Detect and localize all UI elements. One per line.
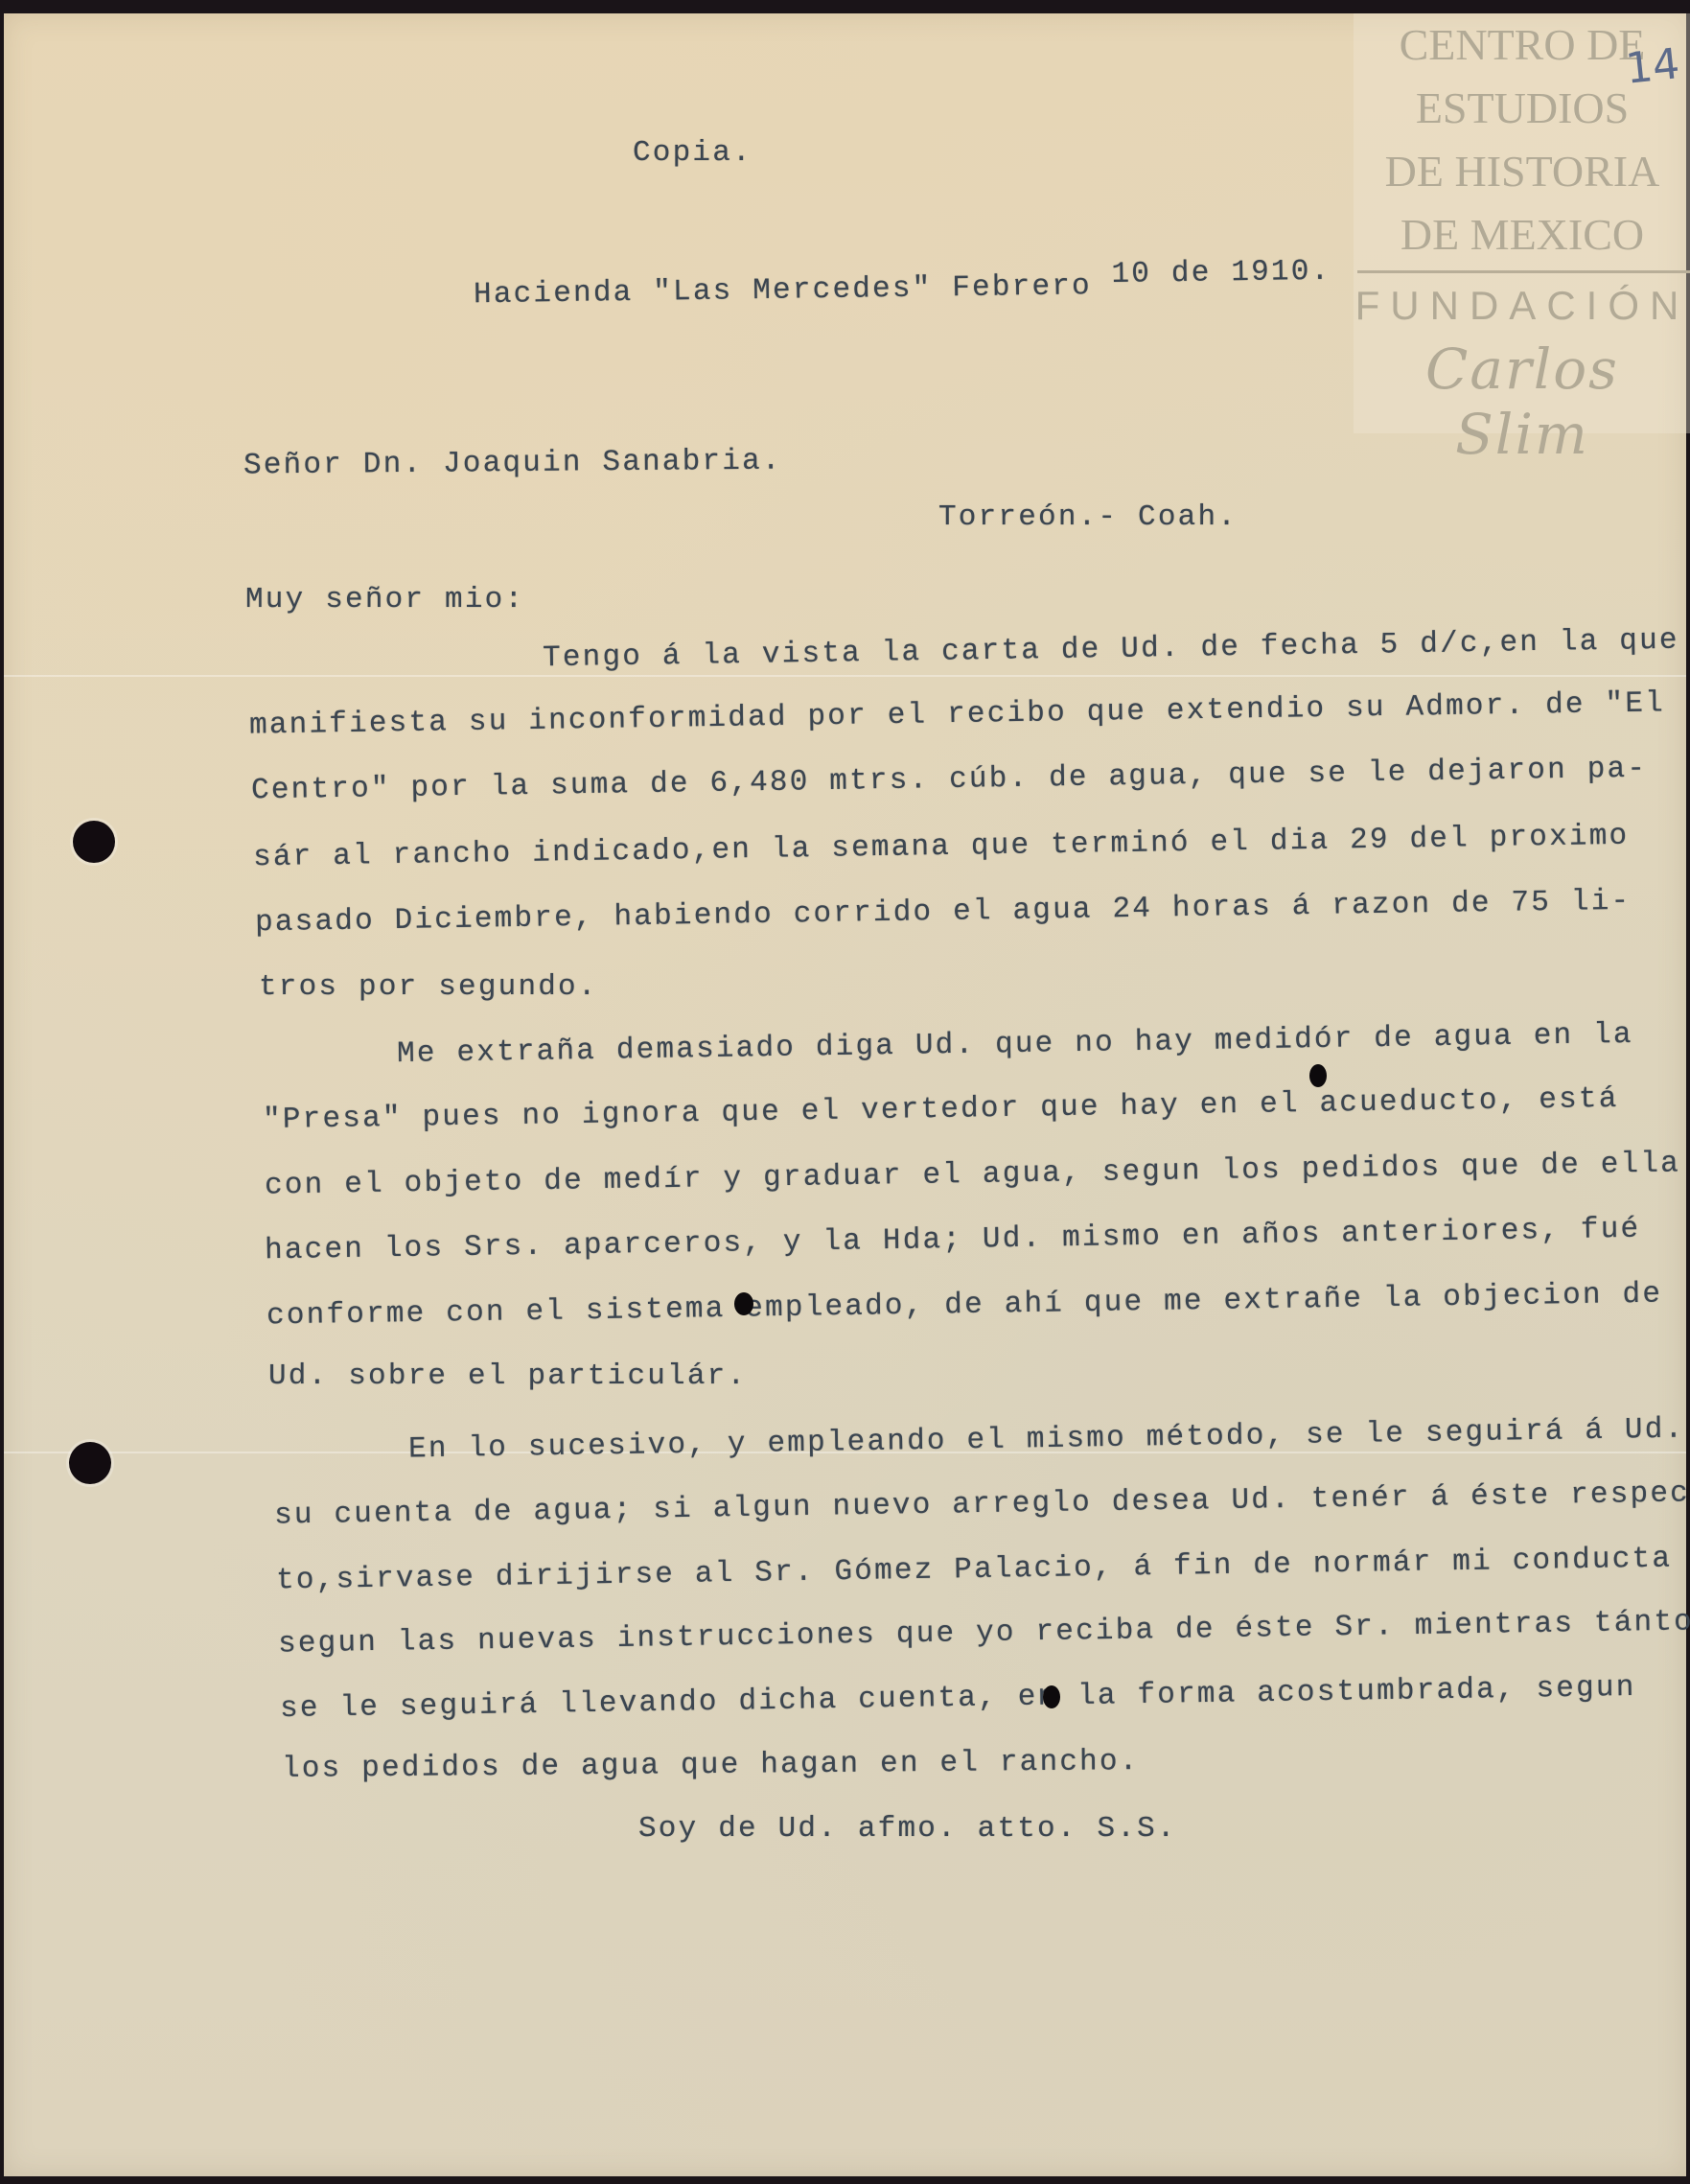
place-date: Hacienda "Las Mercedes" Febrero 10 de 19… bbox=[474, 267, 1331, 312]
recipient-location: Torreón.- Coah. bbox=[938, 500, 1238, 534]
body-line: En lo sucesivo, y empleando el mismo mét… bbox=[408, 1413, 1685, 1467]
watermark-line: DE HISTORIA bbox=[1354, 140, 1690, 203]
body-line: Tengo á la vista la carta de Ud. de fech… bbox=[543, 624, 1679, 676]
body-line: hacen los Srs. aparceros, y la Hda; Ud. … bbox=[265, 1213, 1641, 1268]
watermark-divider bbox=[1357, 270, 1690, 273]
body-line: tros por segundo. bbox=[259, 970, 598, 1004]
date-text: 10 de 1910. bbox=[1111, 255, 1331, 291]
body-line: conforme con el sistema empleado, de ahí… bbox=[266, 1278, 1663, 1334]
watermark-foundation: FUNDACIÓN bbox=[1354, 283, 1690, 329]
letter-page: CENTRO DE ESTUDIOS DE HISTORIA DE MEXICO… bbox=[4, 13, 1686, 2176]
body-line: pasado Diciembre, habiendo corrido el ag… bbox=[255, 885, 1632, 941]
watermark-line: DE MEXICO bbox=[1354, 203, 1690, 267]
body-line: los pedidos de agua que hagan en el ranc… bbox=[282, 1745, 1140, 1786]
body-line: sár al rancho indicado,en la semana que … bbox=[253, 820, 1630, 875]
place-date-text: Hacienda "Las Mercedes" Febrero bbox=[474, 269, 1092, 312]
ink-blot bbox=[1309, 1064, 1327, 1087]
punch-hole bbox=[73, 821, 115, 863]
ink-blot bbox=[1043, 1685, 1060, 1708]
body-line: su cuenta de agua; si algun nuevo arregl… bbox=[274, 1476, 1690, 1532]
body-line: Ud. sobre el particulár. bbox=[268, 1359, 747, 1393]
ink-blot bbox=[734, 1292, 753, 1315]
punch-hole bbox=[69, 1442, 111, 1484]
watermark-signature: Carlos Slim bbox=[1354, 337, 1690, 467]
body-line: manifiesta su inconformidad por el recib… bbox=[249, 686, 1665, 742]
body-line: to,sirvase dirijirse al Sr. Gómez Palaci… bbox=[276, 1543, 1673, 1598]
paper-fold-line bbox=[4, 675, 1686, 677]
body-line: "Presa" pues no ignora que el vertedor q… bbox=[263, 1082, 1619, 1137]
salutation: Muy señor mio: bbox=[245, 583, 524, 616]
recipient-name: Señor Dn. Joaquin Sanabria. bbox=[243, 445, 782, 483]
body-line: Me extraña demasiado diga Ud. que no hay… bbox=[397, 1018, 1633, 1071]
body-line: se le seguirá llevando dicha cuenta, en … bbox=[280, 1671, 1636, 1726]
body-line: con el objeto de medír y graduar el agua… bbox=[265, 1147, 1680, 1202]
handwritten-page-number: 14 bbox=[1623, 39, 1681, 94]
body-line: segun las nuevas instrucciones que yo re… bbox=[278, 1605, 1690, 1661]
body-line: Centro" por la suma de 6,480 mtrs. cúb. … bbox=[251, 753, 1648, 808]
closing: Soy de Ud. afmo. atto. S.S. bbox=[638, 1812, 1177, 1846]
copy-label: Copia. bbox=[633, 136, 752, 170]
